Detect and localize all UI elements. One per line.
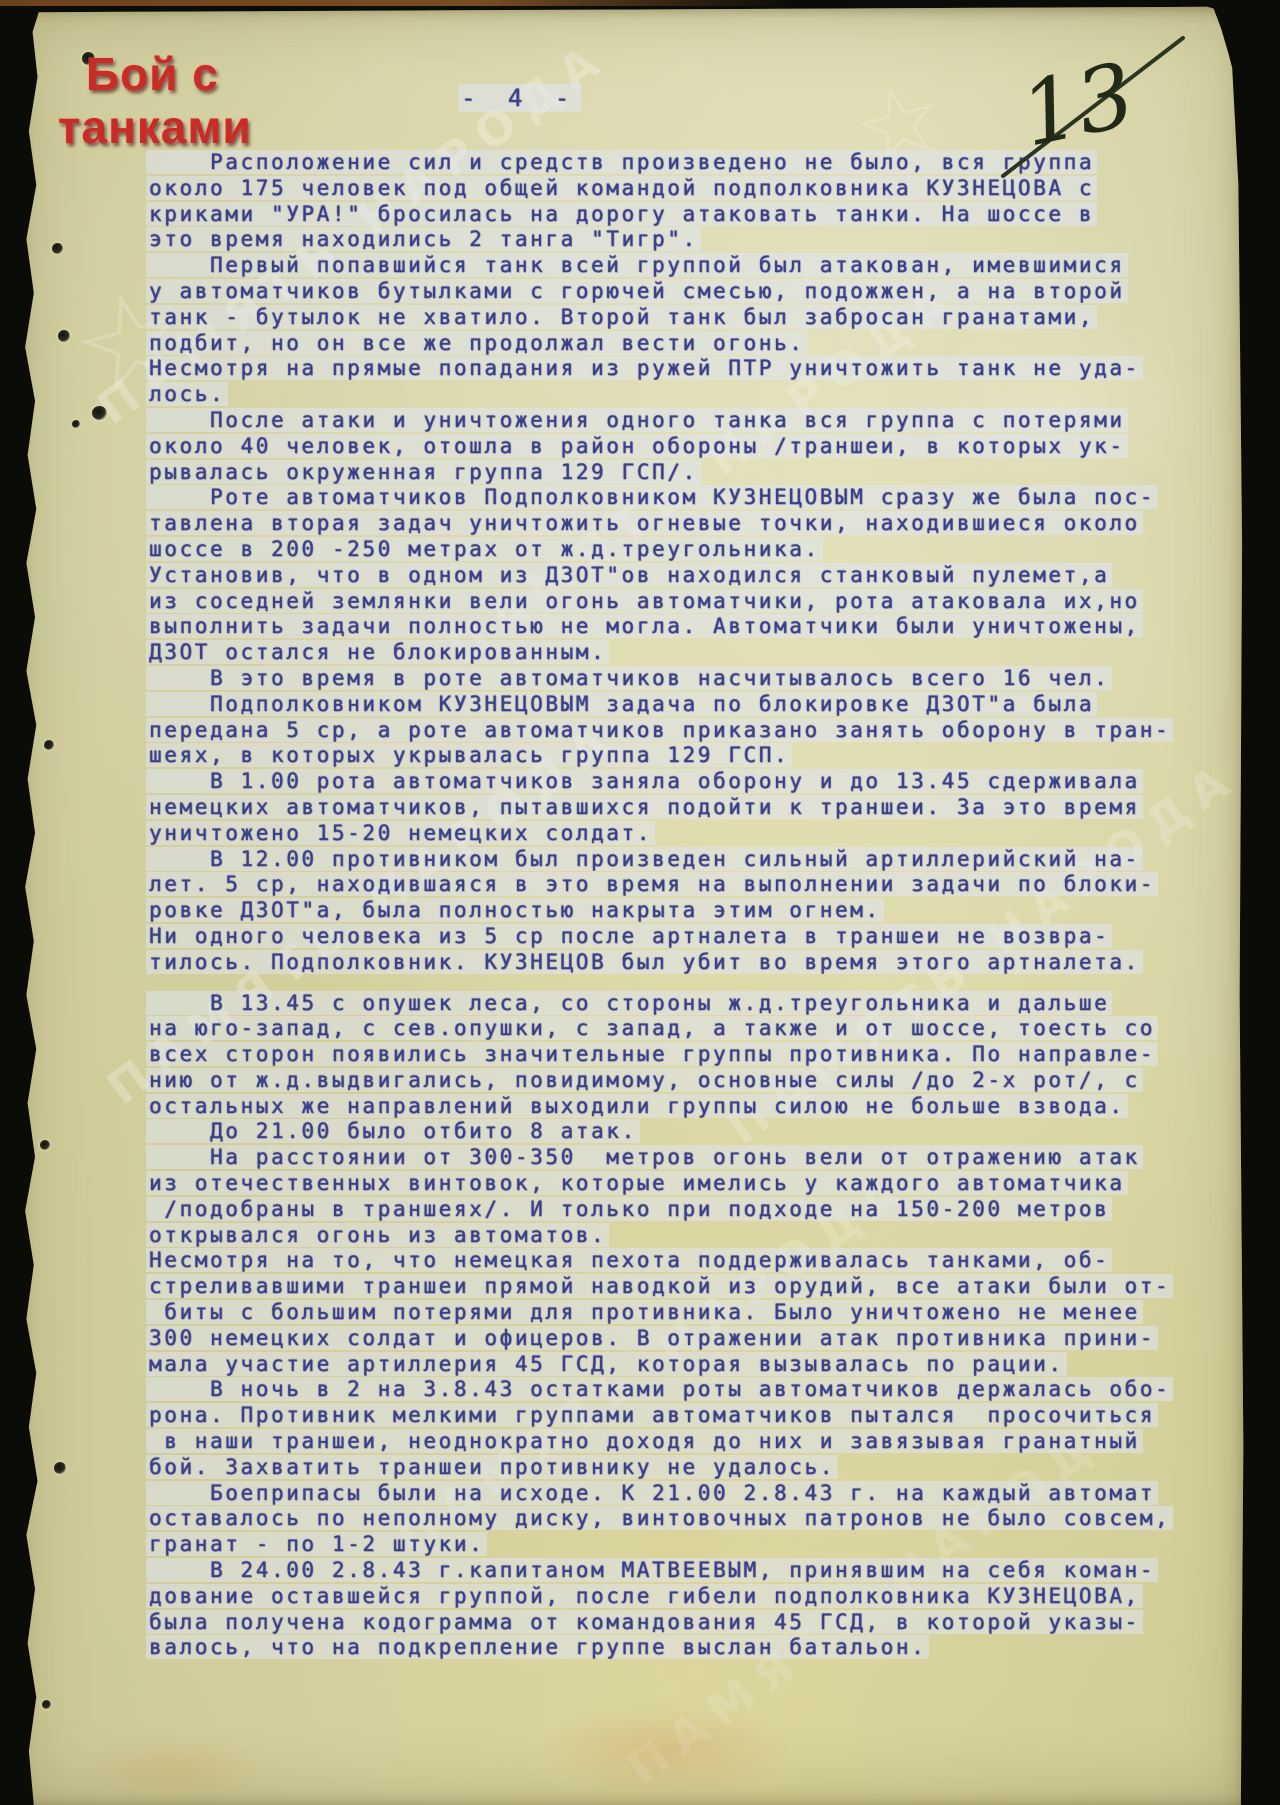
typed-line: выполнить задачи полностью не могла. Авт…	[146, 614, 1246, 640]
typed-line: у автоматчиков бутылками с горючей смесь…	[146, 279, 1246, 305]
scanned-document: ПАМЯТЬ НАРОДА ПАМЯТЬ НАРОДА ПАМЯТЬ НАРОД…	[0, 0, 1280, 1805]
typed-line: Боеприпасы были на исходе. К 21.00 2.8.4…	[146, 1481, 1246, 1507]
page-number: - 4 -	[458, 84, 581, 112]
typed-line: это время находились 2 танга "Тигр".	[146, 227, 1246, 253]
typed-line: всех сторон появились значительные групп…	[146, 1042, 1246, 1068]
typed-line: Несмотря на прямые попадания из ружей ПТ…	[146, 356, 1246, 382]
typed-line: шоссе в 200 -250 метрах от ж.д.треугольн…	[146, 537, 1246, 563]
typed-line: шеях, в которых укрывалась группа 129 ГС…	[146, 743, 1246, 769]
typed-line: была получена кодограмма от командования…	[146, 1610, 1246, 1636]
typed-line: остальных же направлений выходили группы…	[146, 1094, 1246, 1120]
typed-line: из соседней землянки вели огонь автоматч…	[146, 589, 1246, 615]
paragraph: Подполковником КУЗНЕЦОВЫМ задача по блок…	[146, 692, 1246, 769]
typed-line: на юго-запад, с сев.опушки, с запад, а т…	[146, 1016, 1246, 1042]
typed-line: мала участие артиллерия 45 ГСД, которая …	[146, 1352, 1246, 1378]
punch-hole	[44, 740, 54, 750]
typed-line: В 1.00 рота автоматчиков заняла оборону …	[146, 769, 1246, 795]
typed-line: стреливавшими траншеи прямой наводкой из…	[146, 1274, 1246, 1300]
paragraph: До 21.00 было отбито 8 атак.	[146, 1119, 1246, 1145]
punch-hole	[40, 1140, 50, 1150]
typed-line: открывался огонь из автоматов.	[146, 1223, 1246, 1249]
punch-hole	[58, 330, 70, 342]
scan-top-edge	[0, 0, 794, 6]
typed-line: /подобраны в траншеях/. И только при под…	[146, 1197, 1246, 1223]
typed-line: подбит, но он все же продолжал вести ого…	[146, 331, 1246, 357]
paragraph: В 13.45 с опушек леса, со стороны ж.д.тр…	[146, 991, 1246, 1120]
typed-line: биты с большим потерями для противника. …	[146, 1300, 1246, 1326]
red-title-line1: Бой с	[86, 48, 252, 101]
paper-stain	[534, 1705, 794, 1795]
red-overlay-title: Бой с танками	[58, 48, 252, 154]
handwritten-number: 13	[1012, 43, 1143, 167]
typed-line: в наши траншеи, неоднократно доходя до н…	[146, 1429, 1246, 1455]
punch-hole	[52, 243, 63, 254]
paragraph: В 24.00 2.8.43 г.капитаном МАТВЕЕВЫМ, пр…	[146, 1558, 1246, 1661]
typed-line: лет. 5 ср, находившаяся в это время на в…	[146, 872, 1246, 898]
typed-line: Ни одного человека из 5 ср после артнале…	[146, 924, 1246, 950]
typed-line: Первый попавшийся танк всей группой был …	[146, 253, 1246, 279]
typed-line: На расстоянии от 300-350 метров огонь ве…	[146, 1145, 1246, 1171]
paragraph: В 1.00 рота автоматчиков заняла оборону …	[146, 769, 1246, 846]
typed-line: Подполковником КУЗНЕЦОВЫМ задача по блок…	[146, 692, 1246, 718]
typed-line: Несмотря на то, что немецкая пехота подд…	[146, 1248, 1246, 1274]
typed-line: В 12.00 противником был произведен сильн…	[146, 847, 1246, 873]
typed-line: бой. Захватить траншеи противнику не уда…	[146, 1455, 1246, 1481]
handwritten-page-mark: 13	[975, 18, 1215, 203]
typed-line: рывалась окруженная группа 129 ГСП/.	[146, 460, 1246, 486]
typed-line: В ночь в 2 на 3.8.43 остатками роты авто…	[146, 1377, 1246, 1403]
typed-line: танк - бутылок не хватило. Второй танк б…	[146, 305, 1246, 331]
typed-line: нию от ж.д.выдвигались, повидимому, осно…	[146, 1068, 1246, 1094]
typed-line: гранат - по 1-2 штуки.	[146, 1532, 1246, 1558]
typed-line: лось.	[146, 382, 1246, 408]
typed-line: тилось. Подполковник. КУЗНЕЦОВ был убит …	[146, 950, 1246, 976]
typed-line: около 40 человек, отошла в район обороны…	[146, 434, 1246, 460]
typed-line: немецких автоматчиков, пытавшихся подойт…	[146, 795, 1246, 821]
typed-line: В 13.45 с опушек леса, со стороны ж.д.тр…	[146, 991, 1246, 1017]
punch-hole	[54, 1462, 66, 1474]
red-title-line2: танками	[58, 101, 252, 154]
paragraph: Роте автоматчиков Подполковником КУЗНЕЦО…	[146, 485, 1246, 562]
typed-line: Роте автоматчиков Подполковником КУЗНЕЦО…	[146, 485, 1246, 511]
paragraph: Установив, что в одном из ДЗОТ"ов находи…	[146, 563, 1246, 666]
paragraph: Боеприпасы были на исходе. К 21.00 2.8.4…	[146, 1481, 1246, 1558]
typed-line: После атаки и уничтожения одного танка в…	[146, 408, 1246, 434]
paper-stain	[74, 1735, 274, 1805]
typed-line: передана 5 ср, а роте автоматчиков прика…	[146, 718, 1246, 744]
paragraph: В ночь в 2 на 3.8.43 остатками роты авто…	[146, 1377, 1246, 1480]
paragraph: Несмотря на прямые попадания из ружей ПТ…	[146, 356, 1246, 408]
paragraph: Ни одного человека из 5 ср после артнале…	[146, 924, 1246, 976]
paragraph: Первый попавшийся танк всей группой был …	[146, 253, 1246, 356]
punch-hole	[72, 420, 80, 428]
typed-line: дование оставшейся группой, после гибели…	[146, 1584, 1246, 1610]
document-body: Расположение сил и средств произведено н…	[146, 150, 1246, 1661]
typed-line: 300 немецких солдат и офицеров. В отраже…	[146, 1326, 1246, 1352]
paragraph: В это время в роте автоматчиков насчитыв…	[146, 666, 1246, 692]
typed-line: ДЗОТ остался не блокированным.	[146, 640, 1246, 666]
typed-line: криками "УРА!" бросилась на дорогу атако…	[146, 202, 1246, 228]
typed-line: Установив, что в одном из ДЗОТ"ов находи…	[146, 563, 1246, 589]
typed-line: уничтожено 15-20 немецких солдат.	[146, 821, 1246, 847]
typed-line: В это время в роте автоматчиков насчитыв…	[146, 666, 1246, 692]
paragraph: В 12.00 противником был произведен сильн…	[146, 847, 1246, 924]
punch-hole	[42, 1700, 51, 1709]
typed-line: из отечественных винтовок, которые имели…	[146, 1171, 1246, 1197]
punch-hole	[92, 406, 107, 420]
typed-line: оставалось по неполному диску, винтовочн…	[146, 1506, 1246, 1532]
typed-line: рона. Противник мелкими группами автомат…	[146, 1403, 1246, 1429]
paragraph: Несмотря на то, что немецкая пехота подд…	[146, 1248, 1246, 1377]
typed-line: ровке ДЗОТ"а, была полностью накрыта эти…	[146, 898, 1246, 924]
paragraph: После атаки и уничтожения одного танка в…	[146, 408, 1246, 485]
typed-line: В 24.00 2.8.43 г.капитаном МАТВЕЕВЫМ, пр…	[146, 1558, 1246, 1584]
typed-line: валось, что на подкрепление группе высла…	[146, 1635, 1246, 1661]
paragraph: На расстоянии от 300-350 метров огонь ве…	[146, 1145, 1246, 1248]
typed-line: До 21.00 было отбито 8 атак.	[146, 1119, 1246, 1145]
typed-line: тавлена вторая задач уничтожить огневые …	[146, 511, 1246, 537]
